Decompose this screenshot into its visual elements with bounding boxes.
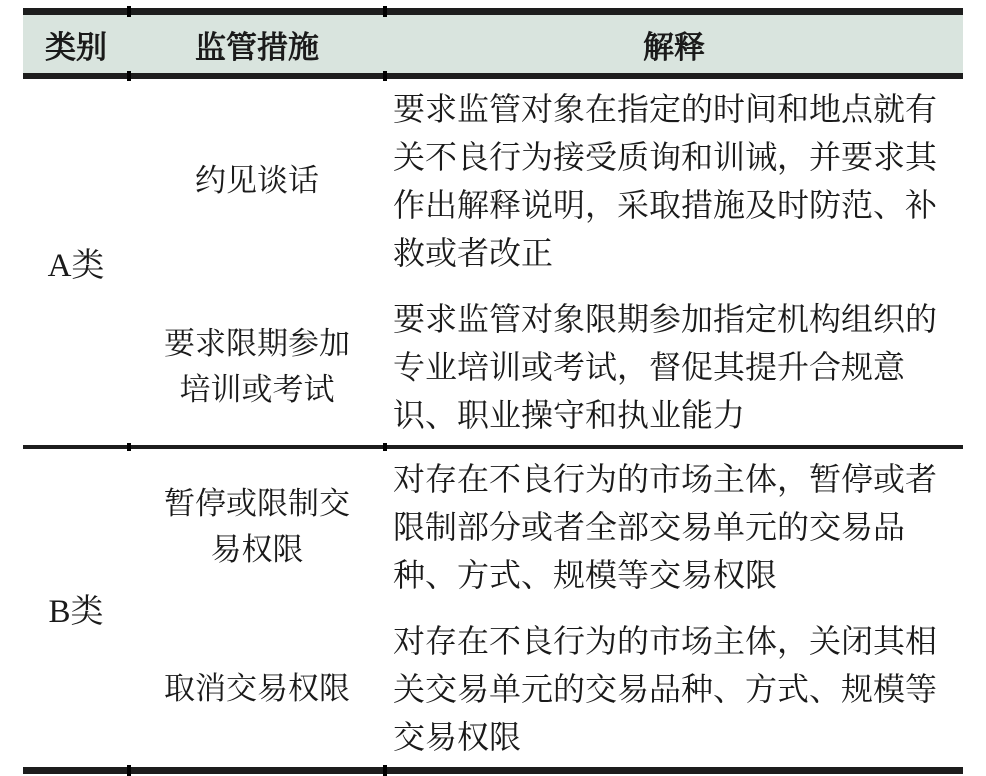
explanation-cell: 要求监管对象在指定的时间和地点就有关不良行为接受质询和训诫，并要求其作出解释说明… [385, 85, 963, 277]
explanation-text: 要求监管对象在指定的时间和地点就有关不良行为接受质询和训诫，并要求其作出解释说明… [393, 85, 958, 277]
table-top-border [23, 8, 963, 15]
table-row: 取消交易权限 对存在不良行为的市场主体，关闭其相关交易单元的交易品种、方式、规模… [129, 617, 963, 761]
column-tick [127, 443, 131, 451]
header-category: 类别 [23, 22, 129, 67]
column-tick [383, 71, 387, 81]
measure-label: 约见谈话 [157, 158, 357, 204]
column-tick [383, 765, 387, 776]
header-explanation: 解释 [385, 22, 963, 67]
category-cell-b: B类 [23, 449, 129, 767]
measure-cell: 暂停或限制交易权限 [129, 455, 385, 599]
explanation-cell: 对存在不良行为的市场主体，暂停或者限制部分或者全部交易单元的交易品种、方式、规模… [385, 455, 963, 599]
measure-label: 暂停或限制交易权限 [157, 481, 357, 573]
section-divider [23, 445, 963, 449]
header-bottom-border [23, 73, 963, 79]
table-row: 要求限期参加培训或考试 要求监管对象限期参加指定机构组织的专业培训或考试，督促其… [129, 295, 963, 439]
section-b: B类 暂停或限制交易权限 对存在不良行为的市场主体，暂停或者限制部分或者全部交易… [23, 449, 963, 767]
header-measure: 监管措施 [129, 22, 385, 67]
category-cell-a: A类 [23, 79, 129, 445]
column-tick [383, 6, 387, 17]
column-tick [127, 765, 131, 776]
measure-cell: 约见谈话 [129, 85, 385, 277]
regulatory-measures-table: 类别 监管措施 解释 A类 约见谈话 要求监管对象在指定的时间和地点就有关不良行… [23, 8, 963, 774]
table-row: 暂停或限制交易权限 对存在不良行为的市场主体，暂停或者限制部分或者全部交易单元的… [129, 455, 963, 599]
section-b-rows: 暂停或限制交易权限 对存在不良行为的市场主体，暂停或者限制部分或者全部交易单元的… [129, 449, 963, 767]
table-bottom-border [23, 767, 963, 774]
section-a-rows: 约见谈话 要求监管对象在指定的时间和地点就有关不良行为接受质询和训诫，并要求其作… [129, 79, 963, 445]
section-a: A类 约见谈话 要求监管对象在指定的时间和地点就有关不良行为接受质询和训诫，并要… [23, 79, 963, 445]
explanation-text: 对存在不良行为的市场主体，关闭其相关交易单元的交易品种、方式、规模等交易权限 [393, 617, 958, 761]
explanation-text: 对存在不良行为的市场主体，暂停或者限制部分或者全部交易单元的交易品种、方式、规模… [393, 455, 958, 599]
explanation-text: 要求监管对象限期参加指定机构组织的专业培训或考试，督促其提升合规意识、职业操守和… [393, 295, 958, 439]
explanation-cell: 要求监管对象限期参加指定机构组织的专业培训或考试，督促其提升合规意识、职业操守和… [385, 295, 963, 439]
measure-cell: 要求限期参加培训或考试 [129, 295, 385, 439]
column-tick [127, 6, 131, 17]
column-tick [127, 71, 131, 81]
measure-label: 取消交易权限 [157, 666, 357, 712]
explanation-cell: 对存在不良行为的市场主体，关闭其相关交易单元的交易品种、方式、规模等交易权限 [385, 617, 963, 761]
table-header-row: 类别 监管措施 解释 [23, 15, 963, 73]
measure-label: 要求限期参加培训或考试 [157, 321, 357, 413]
column-tick [383, 443, 387, 451]
table-row: 约见谈话 要求监管对象在指定的时间和地点就有关不良行为接受质询和训诫，并要求其作… [129, 85, 963, 277]
measure-cell: 取消交易权限 [129, 617, 385, 761]
